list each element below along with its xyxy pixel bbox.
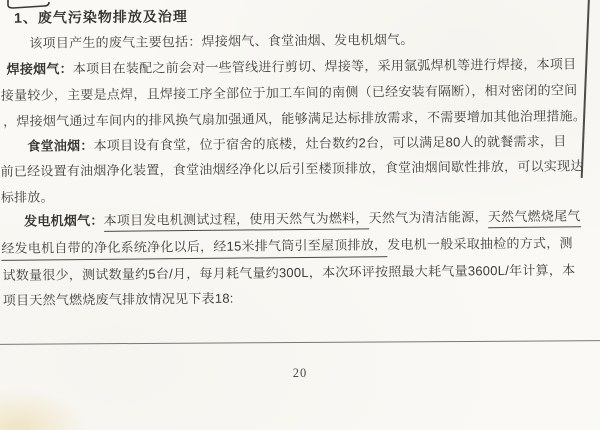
- paragraph-label-generator: 发电机烟气：: [24, 213, 104, 229]
- section-heading-text: 1、废气污染物排放及治理: [14, 8, 188, 26]
- text-run: 试数量很少，测试数量约5台/月，每月耗气量约300L，本次环评按照最大耗气量36…: [2, 262, 575, 282]
- text-run: 发电机一般采取抽检的方式，测: [387, 235, 573, 252]
- text-line-canteen-2: 前已经设置有油烟净化装置，食堂油烟经净化以后引至楼顶排放，食堂油烟间歇性排放，可…: [1, 159, 584, 178]
- text-run: 该项目产生的废气主要包括：焊接烟气、食堂油烟、发电机烟气。: [29, 32, 413, 51]
- text-run: 本项目在装配之前会对一些管线进行剪切、焊接等，采用氩弧焊机等进行焊接，本项目: [73, 56, 577, 76]
- section-heading: 1、废气污染物排放及治理: [14, 9, 188, 25]
- text-run: 标排放。: [1, 189, 54, 205]
- text-run: 项目天然气燃烧废气排放情况见下表18:: [3, 291, 234, 308]
- underlined-text-run: 经发电机自带的净化系统净化以后，经15米排气筒引至屋顶排放，: [1, 237, 387, 260]
- text-run: 天然气为清洁能源，: [368, 209, 487, 225]
- paragraph-label-canteen: 食堂油烟：: [27, 138, 93, 154]
- text-line-intro: 该项目产生的废气主要包括：焊接烟气、食堂油烟、发电机烟气。: [29, 33, 413, 50]
- underlined-text-run: 本项目发电机测试过程，使用天然气为燃料，: [103, 210, 368, 231]
- text-line-welding-1: 焊接烟气：本项目在装配之前会对一些管线进行剪切、焊接等，采用氩弧焊机等进行焊接，…: [7, 57, 577, 75]
- text-line-generator-2: 经发电机自带的净化系统净化以后，经15米排气筒引至屋顶排放，发电机一般采取抽检的…: [1, 236, 573, 254]
- text-run: 前已经设置有油烟净化装置，食堂油烟经净化以后引至楼顶排放，食堂油烟间歇性排放，可…: [0, 158, 583, 179]
- text-line-generator-3: 试数量很少，测试数量约5台/月，每月耗气量约300L，本次环评按照最大耗气量36…: [3, 263, 576, 281]
- underlined-text-run: 天然气燃烧尾气: [488, 208, 581, 227]
- page-number: 20: [0, 366, 600, 381]
- text-run: ，焊接烟气通过车间内的排风换气扇加强通风，能够满足达标排放需求，不需要增加其他治…: [3, 108, 586, 129]
- text-line-welding-3: ，焊接烟气通过车间内的排风换气扇加强通风，能够满足达标排放需求，不需要增加其他治…: [3, 109, 586, 128]
- text-line-canteen-3: 标排放。: [1, 190, 54, 204]
- text-run: 本项目设有食堂，位于宿舍的底楼，灶台数约2台，可以满足80人的就餐需求，目: [94, 133, 567, 153]
- text-line-canteen-1: 食堂油烟：本项目设有食堂，位于宿舍的底楼，灶台数约2台，可以满足80人的就餐需求…: [27, 134, 566, 152]
- text-line-generator-4: 项目天然气燃烧废气排放情况见下表18:: [3, 292, 234, 307]
- text-run: 接量较少，主要是点焊，且焊接工序全部位于加工车间的南侧（已经安装有隔断），相对密…: [1, 82, 578, 103]
- text-line-welding-2: 接量较少，主要是点焊，且焊接工序全部位于加工车间的南侧（已经安装有隔断），相对密…: [1, 83, 578, 102]
- text-line-generator-1: 发电机烟气：本项目发电机测试过程，使用天然气为燃料，天然气为清洁能源，天然气燃烧…: [24, 209, 581, 227]
- paragraph-label-welding: 焊接烟气：: [7, 61, 73, 77]
